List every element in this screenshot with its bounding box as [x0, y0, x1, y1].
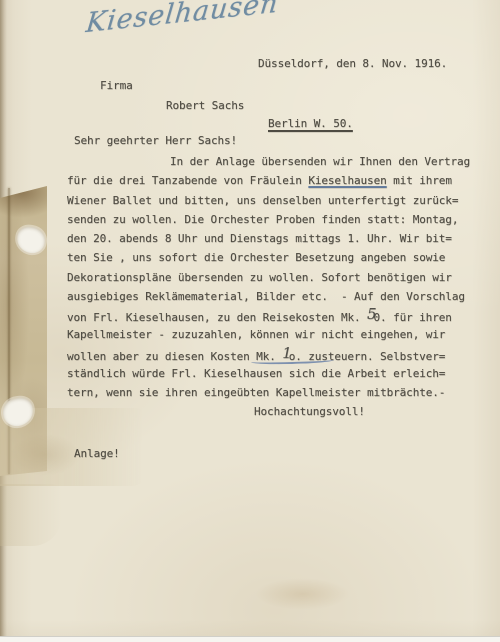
body-line-1: In der Anlage übersenden wir Ihnen den V…: [170, 155, 470, 169]
handwritten-amount-digit-50: 5: [367, 307, 376, 321]
body-line-10: Kapellmeister - zuzuzahlen, können wir n…: [67, 328, 445, 342]
body-line-9-pre: von Frl. Kieselhausen, zu den Reisekoste…: [67, 311, 367, 324]
inked-underlined-name: Kieselhausen: [308, 174, 386, 187]
recipient-name: Robert Sachs: [166, 99, 244, 113]
body-line-3: Wiener Ballet und bitten, uns denselben …: [67, 194, 458, 208]
closing-formula: Hochachtungsvoll!: [254, 405, 365, 419]
body-line-7: Dekorationspläne übersenden zu wollen. S…: [67, 271, 452, 285]
body-line-2-post: mit ihrem: [387, 174, 452, 187]
body-line-8: ausgiebiges Reklämematerial, Bilder etc.…: [67, 290, 465, 304]
body-line-11-pre: wollen aber zu diesen Kosten Mk.: [67, 350, 282, 363]
date-line: Düsseldorf, den 8. Nov. 1916.: [258, 57, 447, 71]
recipient-city: Berlin W. 50.: [268, 117, 353, 131]
body-line-9: von Frl. Kieselhausen, zu den Reisekoste…: [67, 309, 452, 325]
body-line-9-post: 0. für ihren: [374, 311, 452, 324]
body-line-2: für die drei Tanzabende von Fräulein Kie…: [67, 174, 452, 188]
letter-page: Kieselhausen Düsseldorf, den 8. Nov. 191…: [0, 0, 500, 642]
body-line-4: senden zu wollen. Die Orchester Proben f…: [67, 213, 458, 227]
body-line-6: ten Sie , uns sofort die Orchester Beset…: [67, 251, 445, 265]
recipient-prefix: Firma: [100, 79, 133, 93]
scan-edge-bottom: [0, 636, 500, 642]
enclosure-note: Anlage!: [74, 447, 120, 461]
tape-residue-lower: [0, 484, 62, 546]
body-line-5: den 20. abends 8 Uhr und Dienstags mitta…: [67, 232, 452, 246]
body-line-2-pre: für die drei Tanzabende von Fräulein: [67, 174, 308, 187]
handwritten-name: Kieselhausen: [84, 0, 280, 39]
paper-stain: [255, 578, 350, 610]
body-line-13: tern, wenn sie ihren eingeübten Kapellme…: [67, 386, 445, 400]
salutation: Sehr geehrter Herr Sachs!: [74, 134, 237, 148]
body-line-12: ständlich würde Frl. Kieselhausen sich d…: [67, 367, 445, 381]
